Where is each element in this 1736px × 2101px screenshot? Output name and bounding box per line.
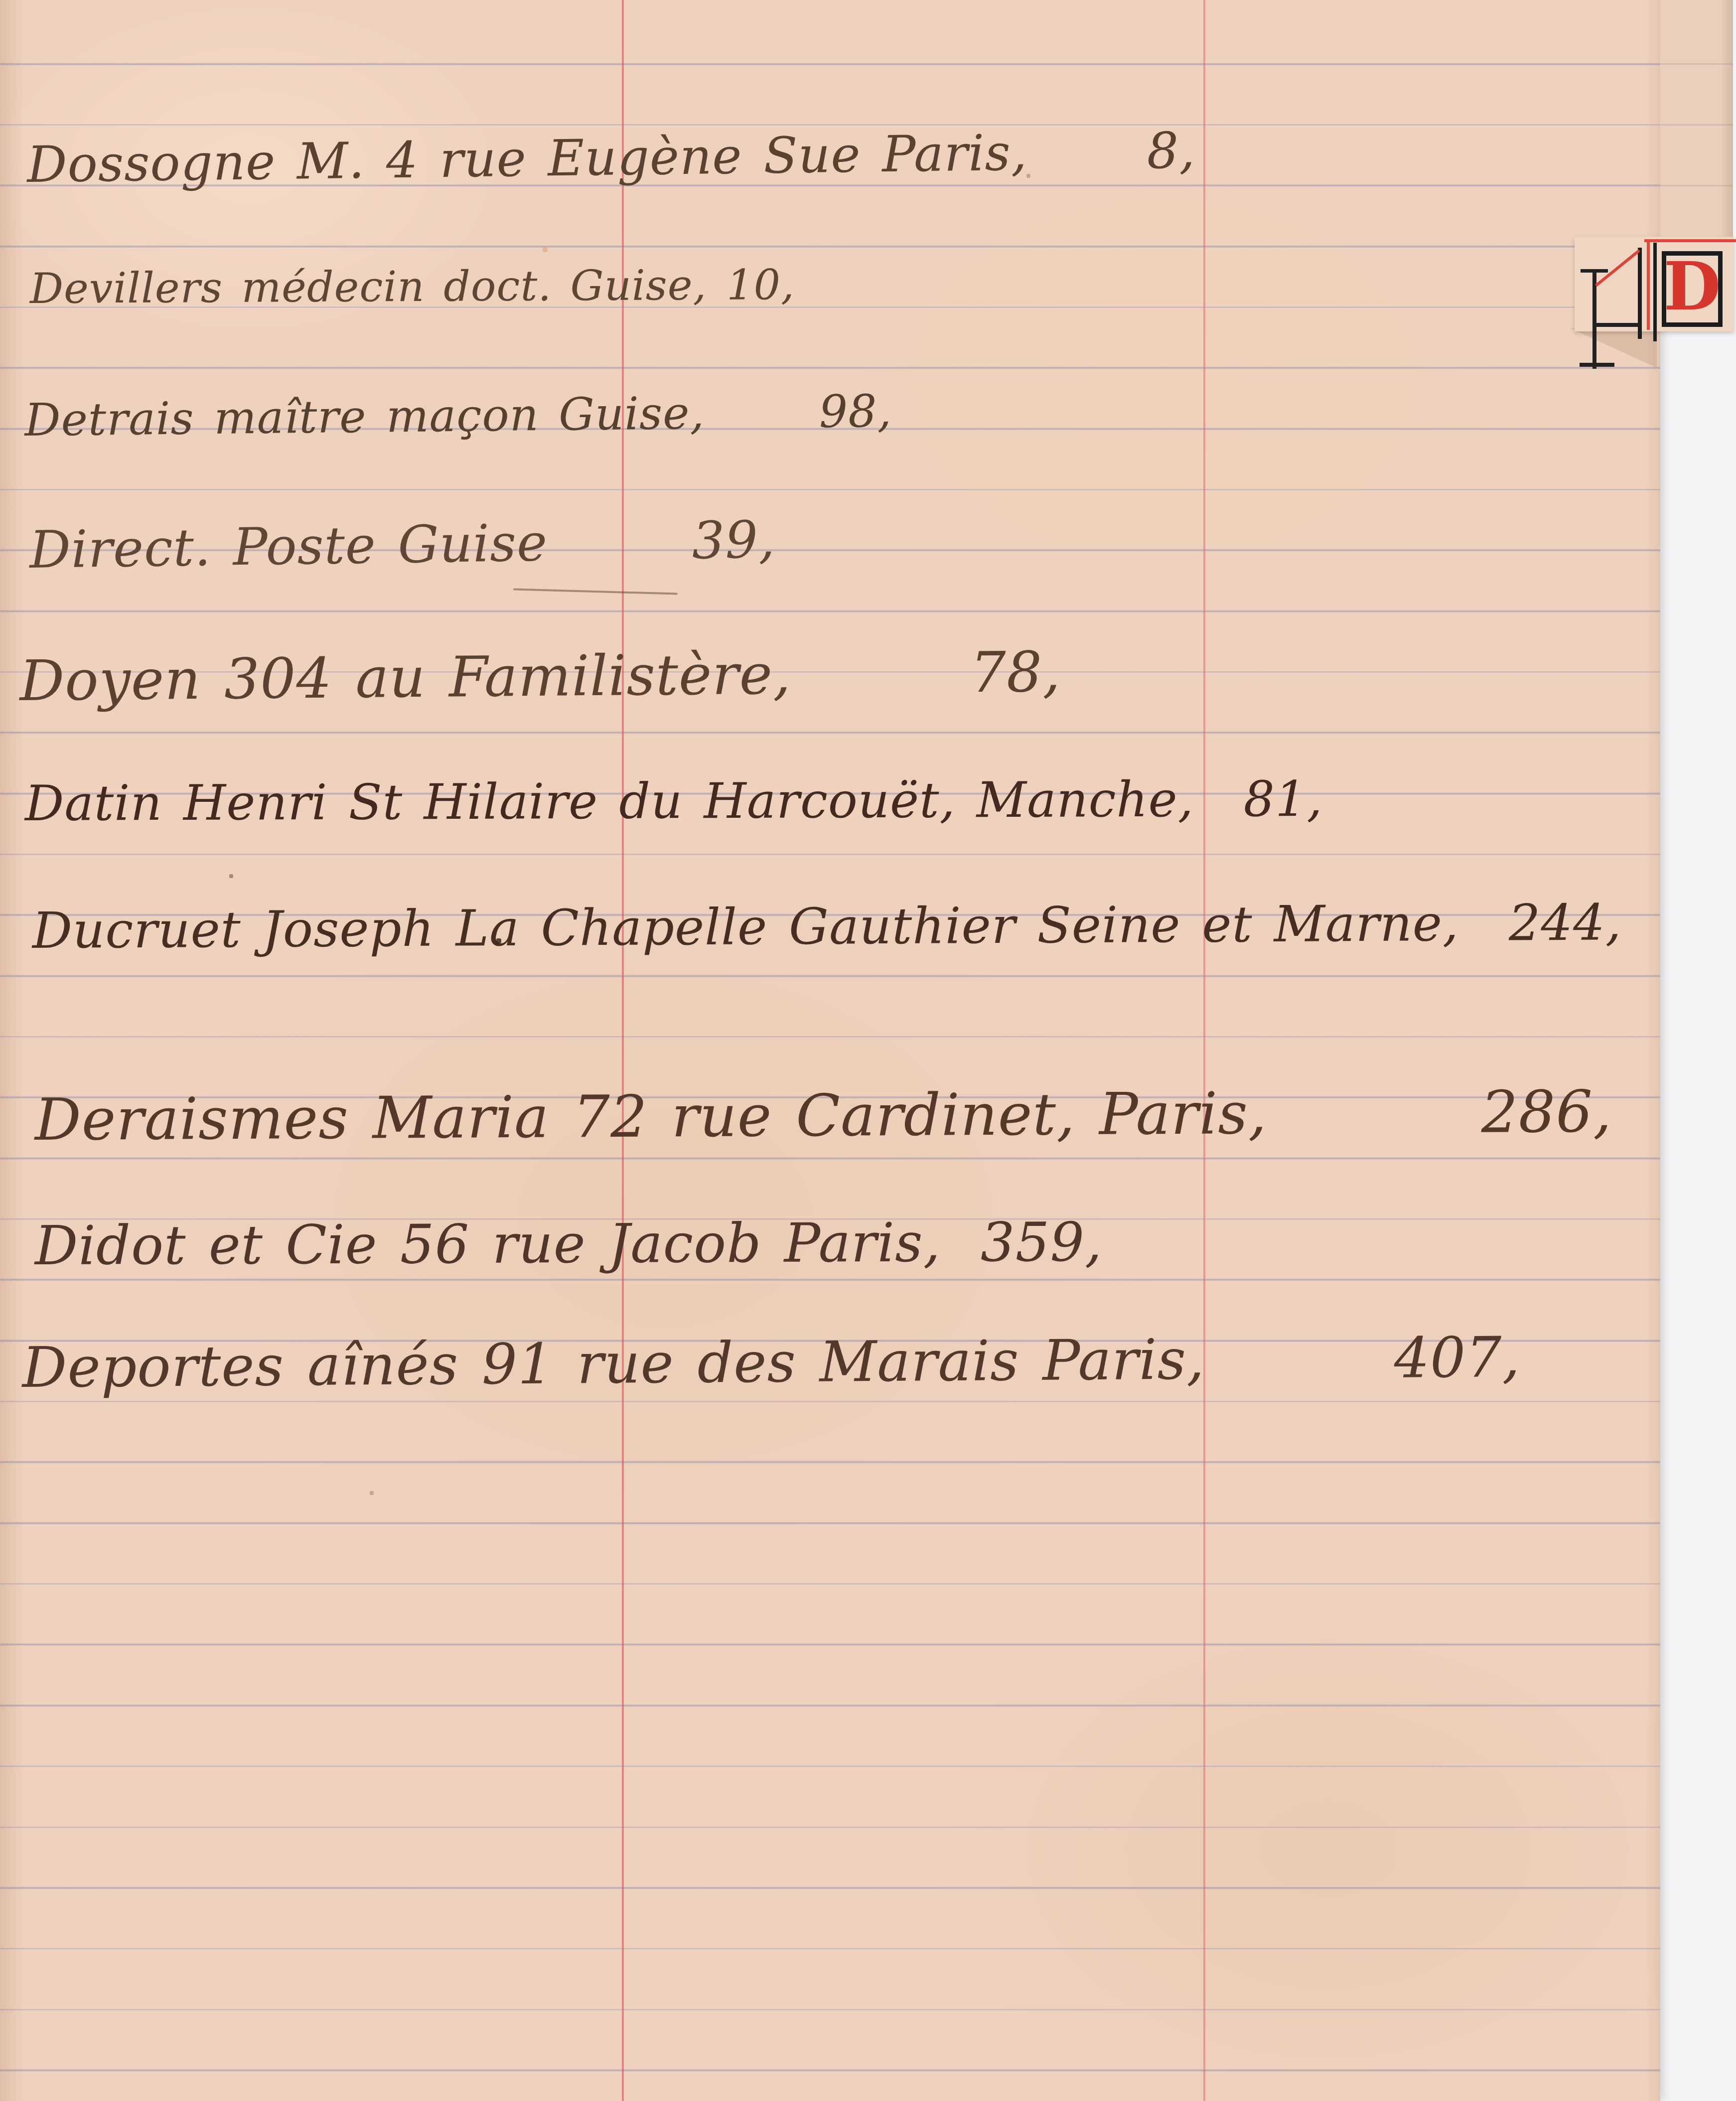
tab-letter: D (1664, 254, 1721, 320)
entry-text: Dossogne M. 4 rue Eugène Sue Paris, (27, 123, 1028, 194)
entry-text: Direct. Poste Guise (29, 513, 548, 580)
ruled-lines-corner (1660, 0, 1733, 239)
entry-ref: 407, (1394, 1329, 1520, 1388)
entry-text: Deraismes Maria 72 rue Cardinet, Paris, (34, 1080, 1267, 1154)
ledger-entry-didot: Didot et Cie 56 rue Jacob Paris,359, (35, 1214, 1103, 1275)
ink-specks (0, 0, 1, 1)
entry-text: Ducruet Joseph La Chapelle Gauthier Sein… (32, 894, 1459, 960)
entry-ref: 359, (981, 1214, 1103, 1271)
tab-red-fold-line (1647, 242, 1650, 330)
index-tab-d: D (1570, 234, 1736, 334)
entry-ref: 10, (726, 263, 795, 307)
ledger-entry-devillers: Devillers médecin doct. Guise,10, (30, 263, 795, 310)
page-corner-fold (1570, 328, 1657, 368)
tab-letter-box: D (1662, 251, 1723, 327)
tab-bracket-serif-bottom (1580, 363, 1614, 367)
entry-ref: 286, (1481, 1081, 1612, 1143)
ledger-entry-detrais: Detrais maître maçon Guise,98, (24, 388, 892, 445)
tab-bracket-crossbar (1594, 323, 1640, 327)
ledger-entry-doyen: Doyen 304 au Familistère,78, (19, 643, 1061, 711)
entry-ref: 244, (1508, 896, 1621, 949)
entry-text: Deportes aînés 91 rue des Marais Paris, (22, 1327, 1205, 1400)
entry-ref: 98, (819, 388, 892, 436)
tab-bracket-serif-top (1581, 269, 1608, 273)
entry-ref: 39, (692, 513, 775, 568)
entry-ref: 78, (970, 643, 1061, 703)
ledger-entry-dossogne: Dossogne M. 4 rue Eugène Sue Paris,8, (27, 124, 1196, 191)
ledger-entry-deportes: Deportes aînés 91 rue des Marais Paris,4… (22, 1329, 1520, 1398)
entry-text: Detrais maître maçon Guise, (24, 387, 705, 447)
entry-text: Devillers médecin doct. Guise, (30, 261, 707, 313)
ruled-lines (0, 0, 1660, 2101)
ledger-entry-ducruet: Ducruet Joseph La Chapelle Gauthier Sein… (32, 896, 1621, 957)
entry-text: Doyen 304 au Familistère, (19, 642, 791, 714)
red-margin-rule-right (1203, 0, 1205, 2101)
entry-ref: 81, (1244, 774, 1323, 825)
scanned-ledger-page: Dossogne M. 4 rue Eugène Sue Paris,8, De… (0, 0, 1736, 2101)
entry-text: Datin Henri St Hilaire du Harcouët, Manc… (25, 771, 1194, 832)
red-margin-rule-left (622, 0, 624, 2101)
tab-red-top-line (1644, 239, 1736, 242)
tab-fold-line-outer (1653, 243, 1657, 341)
ledger-entry-deraismes: Deraismes Maria 72 rue Cardinet, Paris,2… (34, 1081, 1612, 1150)
ledger-entry-direct-poste: Direct. Poste Guise39, (29, 513, 775, 577)
entry-ref: 8, (1147, 124, 1196, 177)
entry-text: Didot et Cie 56 rue Jacob Paris, (35, 1212, 941, 1277)
ledger-entry-datin: Datin Henri St Hilaire du Harcouët, Manc… (25, 774, 1323, 830)
